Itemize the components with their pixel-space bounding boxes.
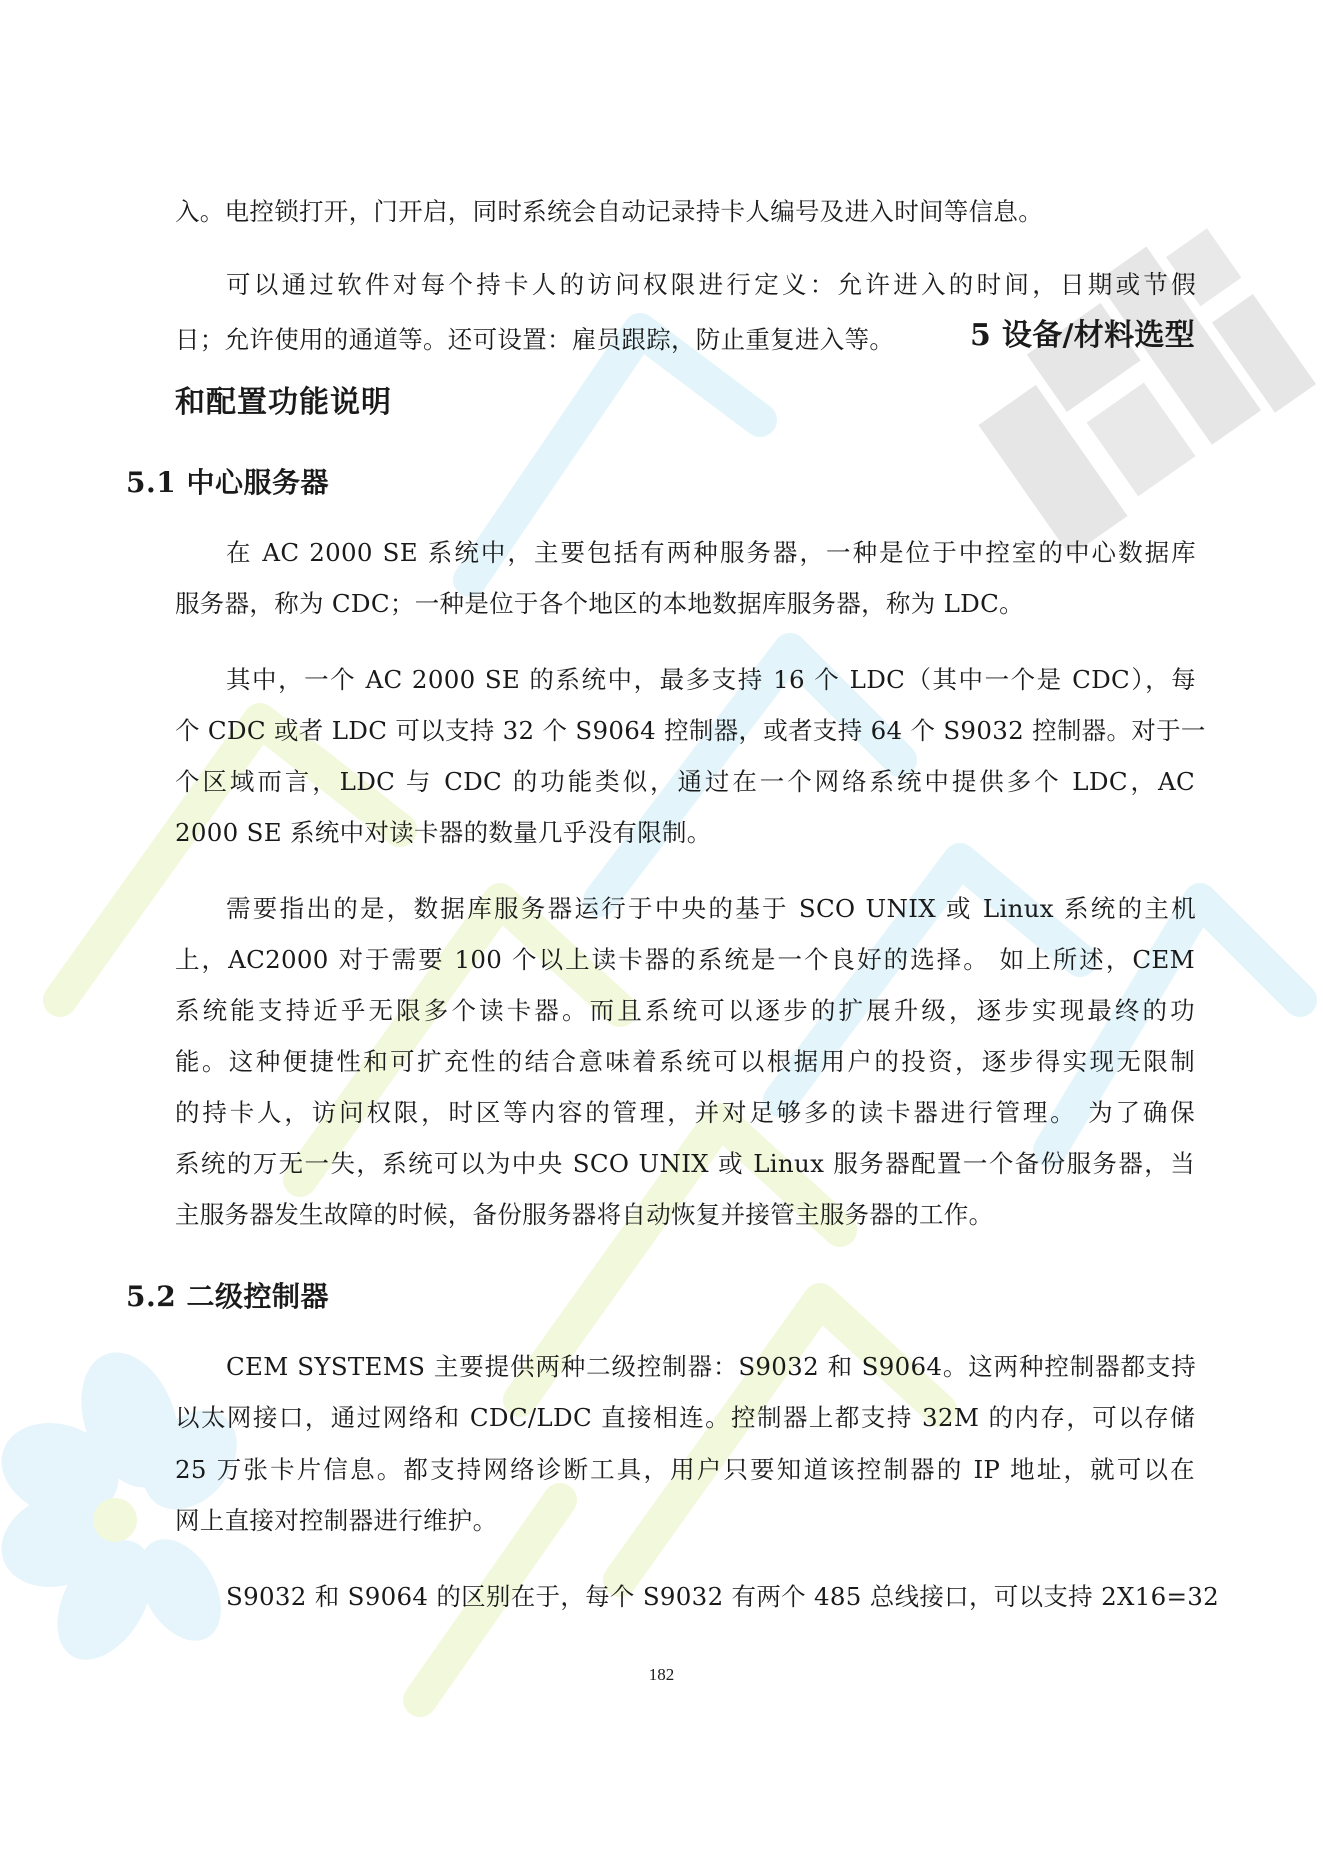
section-heading-5-2: 5.2 二级控制器 [126,1280,329,1314]
paragraph-line: 入。电控锁打开，门开启，同时系统会自动记录持卡人编号及进入时间等信息。 [175,197,1195,227]
document-page: 入。电控锁打开，门开启，同时系统会自动记录持卡人编号及进入时间等信息。 可以通过… [0,0,1323,1871]
paragraph-line: 需要指出的是，数据库服务器运行于中央的基于 SCO UNIX 或 Linux 系… [226,894,1196,924]
paragraph-line: 在 AC 2000 SE 系统中，主要包括有两种服务器，一种是位于中控室的中心数… [226,538,1196,568]
paragraph-line: 能。这种便捷性和可扩充性的结合意味着系统可以根据用户的投资，逐步得实现无限制 [175,1047,1195,1077]
paragraph-line-with-heading: 日；允许使用的通道等。还可设置：雇员跟踪，防止重复进入等。5 设备/材料选型 [175,325,1195,355]
paragraph-text: 日；允许使用的通道等。还可设置：雇员跟踪，防止重复进入等。 [175,325,894,354]
paragraph-line: 25 万张卡片信息。都支持网络诊断工具，用户只要知道该控制器的 IP 地址，就可… [175,1455,1195,1485]
paragraph-line: 其中，一个 AC 2000 SE 的系统中，最多支持 16 个 LDC（其中一个… [226,665,1196,695]
page-number: 182 [0,1665,1323,1685]
section-heading-5-1: 5.1 中心服务器 [126,466,329,500]
paragraph-line: 服务器，称为 CDC；一种是位于各个地区的本地数据库服务器，称为 LDC。 [175,589,1195,619]
paragraph-line: 以太网接口，通过网络和 CDC/LDC 直接相连。控制器上都支持 32M 的内存… [175,1403,1195,1433]
paragraph-line: 2000 SE 系统中对读卡器的数量几乎没有限制。 [175,818,1195,848]
paragraph-line: 系统能支持近乎无限多个读卡器。而且系统可以逐步的扩展升级，逐步实现最终的功 [175,996,1195,1026]
chapter-heading-continued: 和配置功能说明 [175,385,392,421]
paragraph-line: 系统的万无一失，系统可以为中央 SCO UNIX 或 Linux 服务器配置一个… [175,1149,1195,1179]
paragraph-line: 网上直接对控制器进行维护。 [175,1506,1195,1536]
paragraph-line: CEM SYSTEMS 主要提供两种二级控制器：S9032 和 S9064。这两… [226,1352,1196,1382]
paragraph-line: S9032 和 S9064 的区别在于，每个 S9032 有两个 485 总线接… [226,1582,1196,1612]
paragraph-line: 的持卡人，访问权限，时区等内容的管理，并对足够多的读卡器进行管理。 为了确保 [175,1098,1195,1128]
paragraph-line: 个区域而言，LDC 与 CDC 的功能类似，通过在一个网络系统中提供多个 LDC… [175,767,1195,797]
paragraph-line: 主服务器发生故障的时候，备份服务器将自动恢复并接管主服务器的工作。 [175,1200,1195,1230]
paragraph-line: 可以通过软件对每个持卡人的访问权限进行定义：允许进入的时间，日期或节假 [226,270,1196,300]
paragraph-line: 个 CDC 或者 LDC 可以支持 32 个 S9064 控制器，或者支持 64… [175,716,1195,746]
chapter-heading: 5 设备/材料选型 [970,321,1195,351]
paragraph-line: 上，AC2000 对于需要 100 个以上读卡器的系统是一个良好的选择。 如上所… [175,945,1195,975]
